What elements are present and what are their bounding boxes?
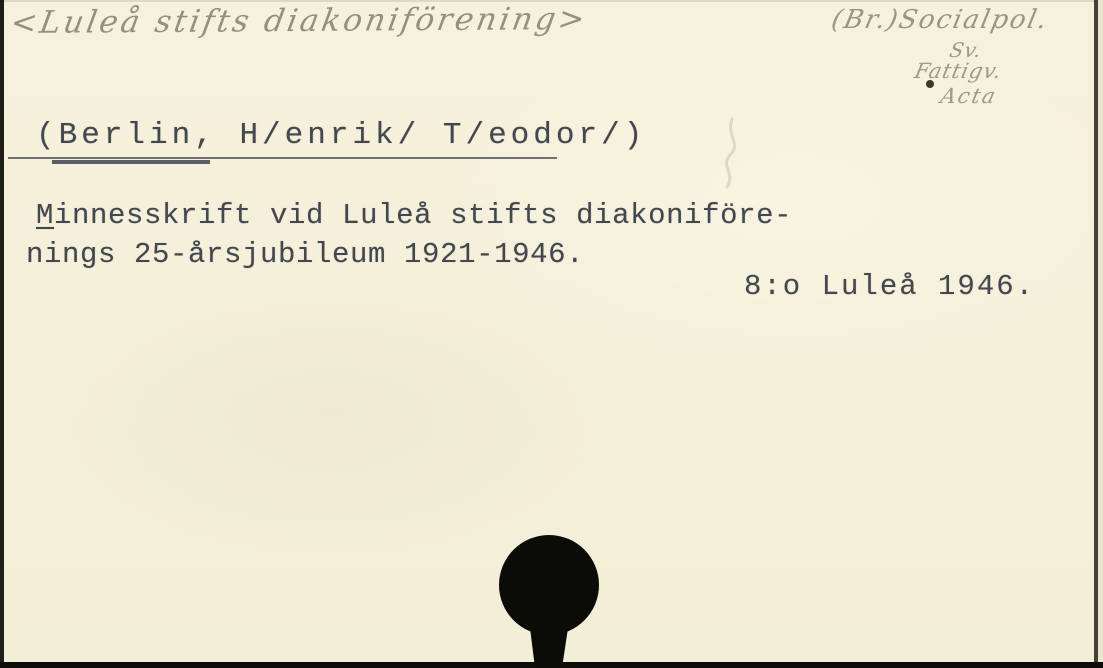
- main-entry-surname: Berlin: [59, 118, 195, 153]
- title-text-line: Minnesskrift vid Luleå stifts diakoniför…: [36, 199, 792, 232]
- catalog-card: <Luleå stifts diakoniförening> (Br.)Soci…: [0, 0, 1103, 668]
- heading-rule: [8, 157, 557, 159]
- main-entry-open-paren: (: [36, 118, 59, 153]
- classification-line: (Br.)Socialpol.: [829, 5, 1052, 35]
- imprint-line: 8:o Luleå 1946.: [744, 270, 1035, 303]
- surname-underline: [52, 160, 210, 164]
- main-entry-forenames: , H/enrik/ T/eodor/): [194, 118, 646, 153]
- card-left-edge: [0, 0, 4, 668]
- keyhole-punch-icon: [495, 533, 605, 668]
- classification-line: Acta: [938, 84, 999, 108]
- main-entry-heading: (Berlin, H/enrik/ T/eodor/): [36, 118, 646, 153]
- card-right-margin: [1098, 0, 1103, 668]
- handwritten-series-title: <Luleå stifts diakoniförening>: [8, 1, 590, 41]
- ink-dot-icon: [926, 80, 934, 88]
- classification-line: Fattigv.: [912, 59, 1004, 83]
- title-text-line: nings 25-årsjubileum 1921-1946.: [26, 238, 584, 271]
- faint-pencil-mark-icon: [700, 115, 760, 190]
